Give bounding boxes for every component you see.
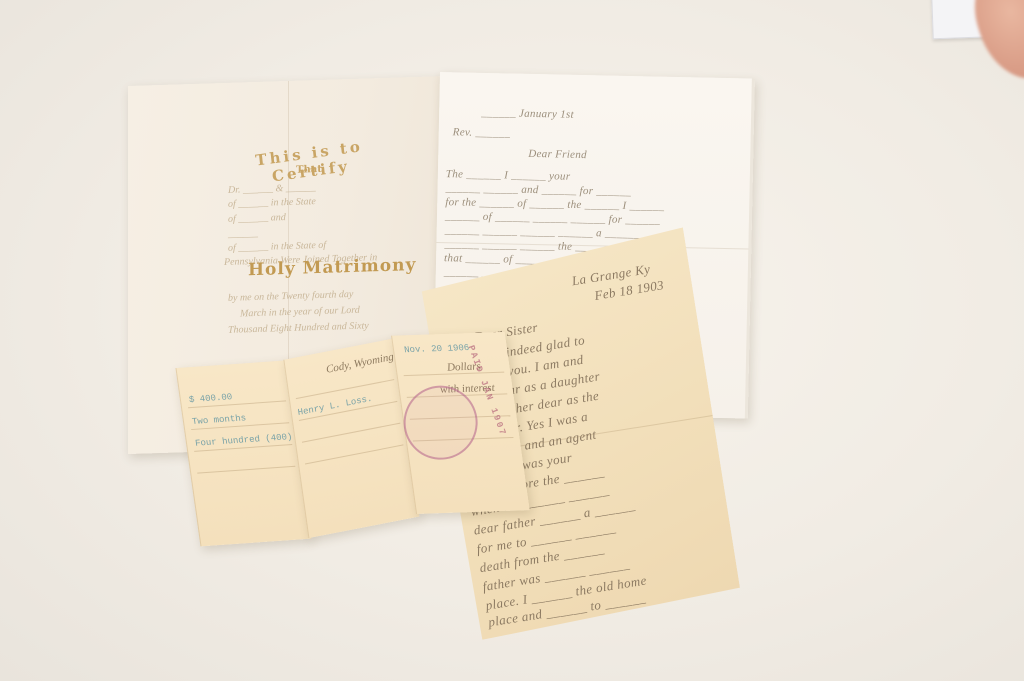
note-rule — [296, 379, 394, 399]
note-payee: Henry L. Loss. — [297, 394, 373, 418]
note-rule — [302, 423, 400, 443]
letter-line: ______ ______ ______ the ______ — [444, 238, 610, 253]
note-rule — [197, 466, 295, 474]
certificate-year-line: Thousand Eight Hundred and Sixty — [228, 320, 369, 335]
certificate-that: That — [296, 164, 322, 176]
letter-line: The ______ I ______ your — [446, 168, 571, 183]
note-amount: $ 400.00 — [188, 392, 233, 405]
certificate-month-line: March in the year of our Lord — [240, 305, 360, 320]
certificate-line: of ______ in the State of — [228, 240, 326, 254]
note-date: Nov. 20 1906 — [403, 343, 470, 355]
certificate-line: of ______ and — [228, 212, 286, 225]
letter-dateline: ______ January 1st — [481, 107, 574, 121]
note-rule — [305, 444, 403, 464]
certificate-date-line: by me on the Twenty fourth day — [228, 289, 353, 304]
note-amount-words: Four hundred (400) — [194, 432, 293, 449]
certificate-title: Holy Matrimony — [248, 255, 416, 280]
letter-line: ______ ______ and ______ for ______ — [445, 182, 631, 198]
letter-salutation: Rev. ______ — [453, 126, 511, 139]
letter-salutation: Dear Friend — [528, 148, 587, 161]
photo-scene: This is to Certify That Dr. ______ & ___… — [0, 0, 1024, 681]
certificate-line: of ______ in the State — [228, 196, 316, 210]
note-location: Cody, Wyoming, — [325, 350, 397, 376]
certificate-line: Dr. ______ & ______ — [228, 182, 316, 196]
certificate-line: ______ — [228, 228, 258, 240]
